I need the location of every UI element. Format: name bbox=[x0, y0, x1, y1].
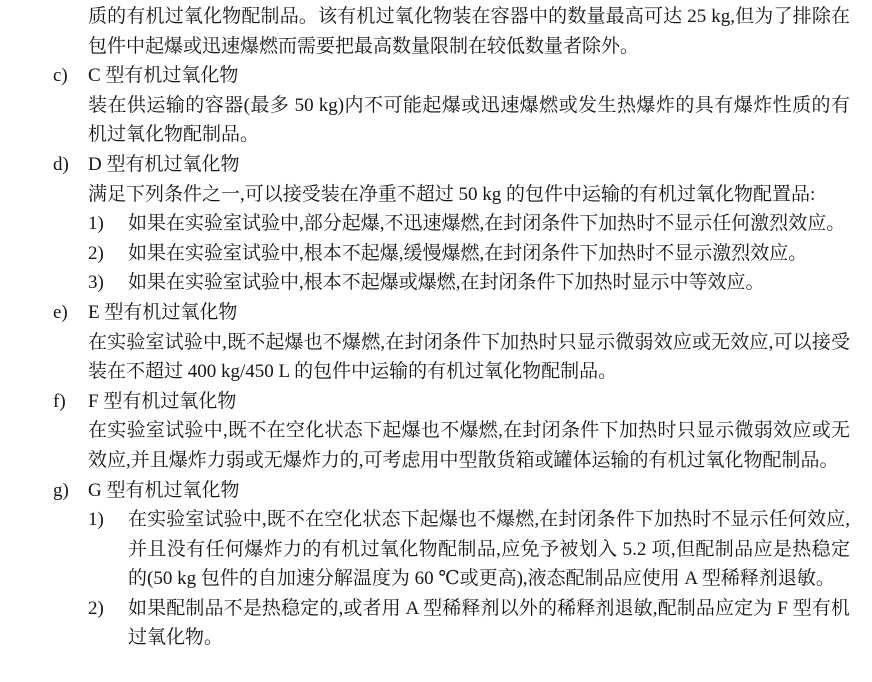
item-label: f) bbox=[53, 387, 66, 417]
sub-item-label: 2) bbox=[88, 594, 104, 624]
item-title: G 型有机过氧化物 bbox=[88, 476, 872, 506]
item-title-row: e)E 型有机过氧化物 bbox=[0, 298, 872, 328]
sub-item-label: 1) bbox=[88, 505, 104, 535]
item-title: C 型有机过氧化物 bbox=[88, 61, 872, 91]
list-item-g: g)G 型有机过氧化物1)在实验室试验中,既不在空化状态下起爆也不爆燃,在封闭条… bbox=[0, 476, 872, 654]
item-body: 满足下列条件之一,可以接受装在净重不超过 50 kg 的包件中运输的有机过氧化物… bbox=[88, 180, 850, 210]
sub-item-text: 如果配制品不是热稳定的,或者用 A 型稀释剂以外的稀释剂退敏,配制品应定为 F … bbox=[128, 594, 850, 653]
sub-item-d-1: 1)如果在实验室试验中,部分起爆,不迅速爆燃,在封闭条件下加热时不显示任何激烈效… bbox=[0, 209, 872, 239]
list-item-c: c)C 型有机过氧化物装在供运输的容器(最多 50 kg)内不可能起爆或迅速爆燃… bbox=[0, 61, 872, 150]
sub-item-g-2: 2)如果配制品不是热稳定的,或者用 A 型稀释剂以外的稀释剂退敏,配制品应定为 … bbox=[0, 594, 872, 653]
item-label: d) bbox=[53, 150, 69, 180]
item-title-row: f)F 型有机过氧化物 bbox=[0, 387, 872, 417]
item-title: E 型有机过氧化物 bbox=[88, 298, 872, 328]
sub-item-d-3: 3)如果在实验室试验中,根本不起爆或爆燃,在封闭条件下加热时显示中等效应。 bbox=[0, 268, 872, 298]
continuation-paragraph: 质的有机过氧化物配制品。该有机过氧化物装在容器中的数量最高可达 25 kg,但为… bbox=[88, 2, 850, 61]
item-title-row: g)G 型有机过氧化物 bbox=[0, 476, 872, 506]
sub-item-d-2: 2)如果在实验室试验中,根本不起爆,缓慢爆燃,在封闭条件下加热时不显示激烈效应。 bbox=[0, 239, 872, 269]
item-label: c) bbox=[53, 61, 68, 91]
item-body: 在实验室试验中,既不起爆也不爆燃,在封闭条件下加热时只显示微弱效应或无效应,可以… bbox=[88, 328, 850, 387]
item-title-row: c)C 型有机过氧化物 bbox=[0, 61, 872, 91]
sub-item-text: 如果在实验室试验中,根本不起爆,缓慢爆燃,在封闭条件下加热时不显示激烈效应。 bbox=[128, 239, 850, 269]
item-label: g) bbox=[53, 476, 69, 506]
item-title-row: d)D 型有机过氧化物 bbox=[0, 150, 872, 180]
sub-item-text: 在实验室试验中,既不在空化状态下起爆也不爆燃,在封闭条件下加热时不显示任何效应,… bbox=[128, 505, 850, 594]
item-label: e) bbox=[53, 298, 68, 328]
item-list: c)C 型有机过氧化物装在供运输的容器(最多 50 kg)内不可能起爆或迅速爆燃… bbox=[0, 61, 872, 653]
document-page: 质的有机过氧化物配制品。该有机过氧化物装在容器中的数量最高可达 25 kg,但为… bbox=[0, 0, 872, 682]
sub-item-text: 如果在实验室试验中,部分起爆,不迅速爆燃,在封闭条件下加热时不显示任何激烈效应。 bbox=[128, 209, 850, 239]
sub-item-g-1: 1)在实验室试验中,既不在空化状态下起爆也不爆燃,在封闭条件下加热时不显示任何效… bbox=[0, 505, 872, 594]
sub-item-text: 如果在实验室试验中,根本不起爆或爆燃,在封闭条件下加热时显示中等效应。 bbox=[128, 268, 850, 298]
sub-item-label: 3) bbox=[88, 268, 104, 298]
list-item-d: d)D 型有机过氧化物满足下列条件之一,可以接受装在净重不超过 50 kg 的包… bbox=[0, 150, 872, 298]
sub-item-label: 1) bbox=[88, 209, 104, 239]
list-item-f: f)F 型有机过氧化物在实验室试验中,既不在空化状态下起爆也不爆燃,在封闭条件下… bbox=[0, 387, 872, 476]
item-title: F 型有机过氧化物 bbox=[88, 387, 872, 417]
item-title: D 型有机过氧化物 bbox=[88, 150, 872, 180]
item-body: 装在供运输的容器(最多 50 kg)内不可能起爆或迅速爆燃或发生热爆炸的具有爆炸… bbox=[88, 91, 850, 150]
sub-item-label: 2) bbox=[88, 239, 104, 269]
item-body: 在实验室试验中,既不在空化状态下起爆也不爆燃,在封闭条件下加热时只显示微弱效应或… bbox=[88, 416, 850, 475]
list-item-e: e)E 型有机过氧化物在实验室试验中,既不起爆也不爆燃,在封闭条件下加热时只显示… bbox=[0, 298, 872, 387]
